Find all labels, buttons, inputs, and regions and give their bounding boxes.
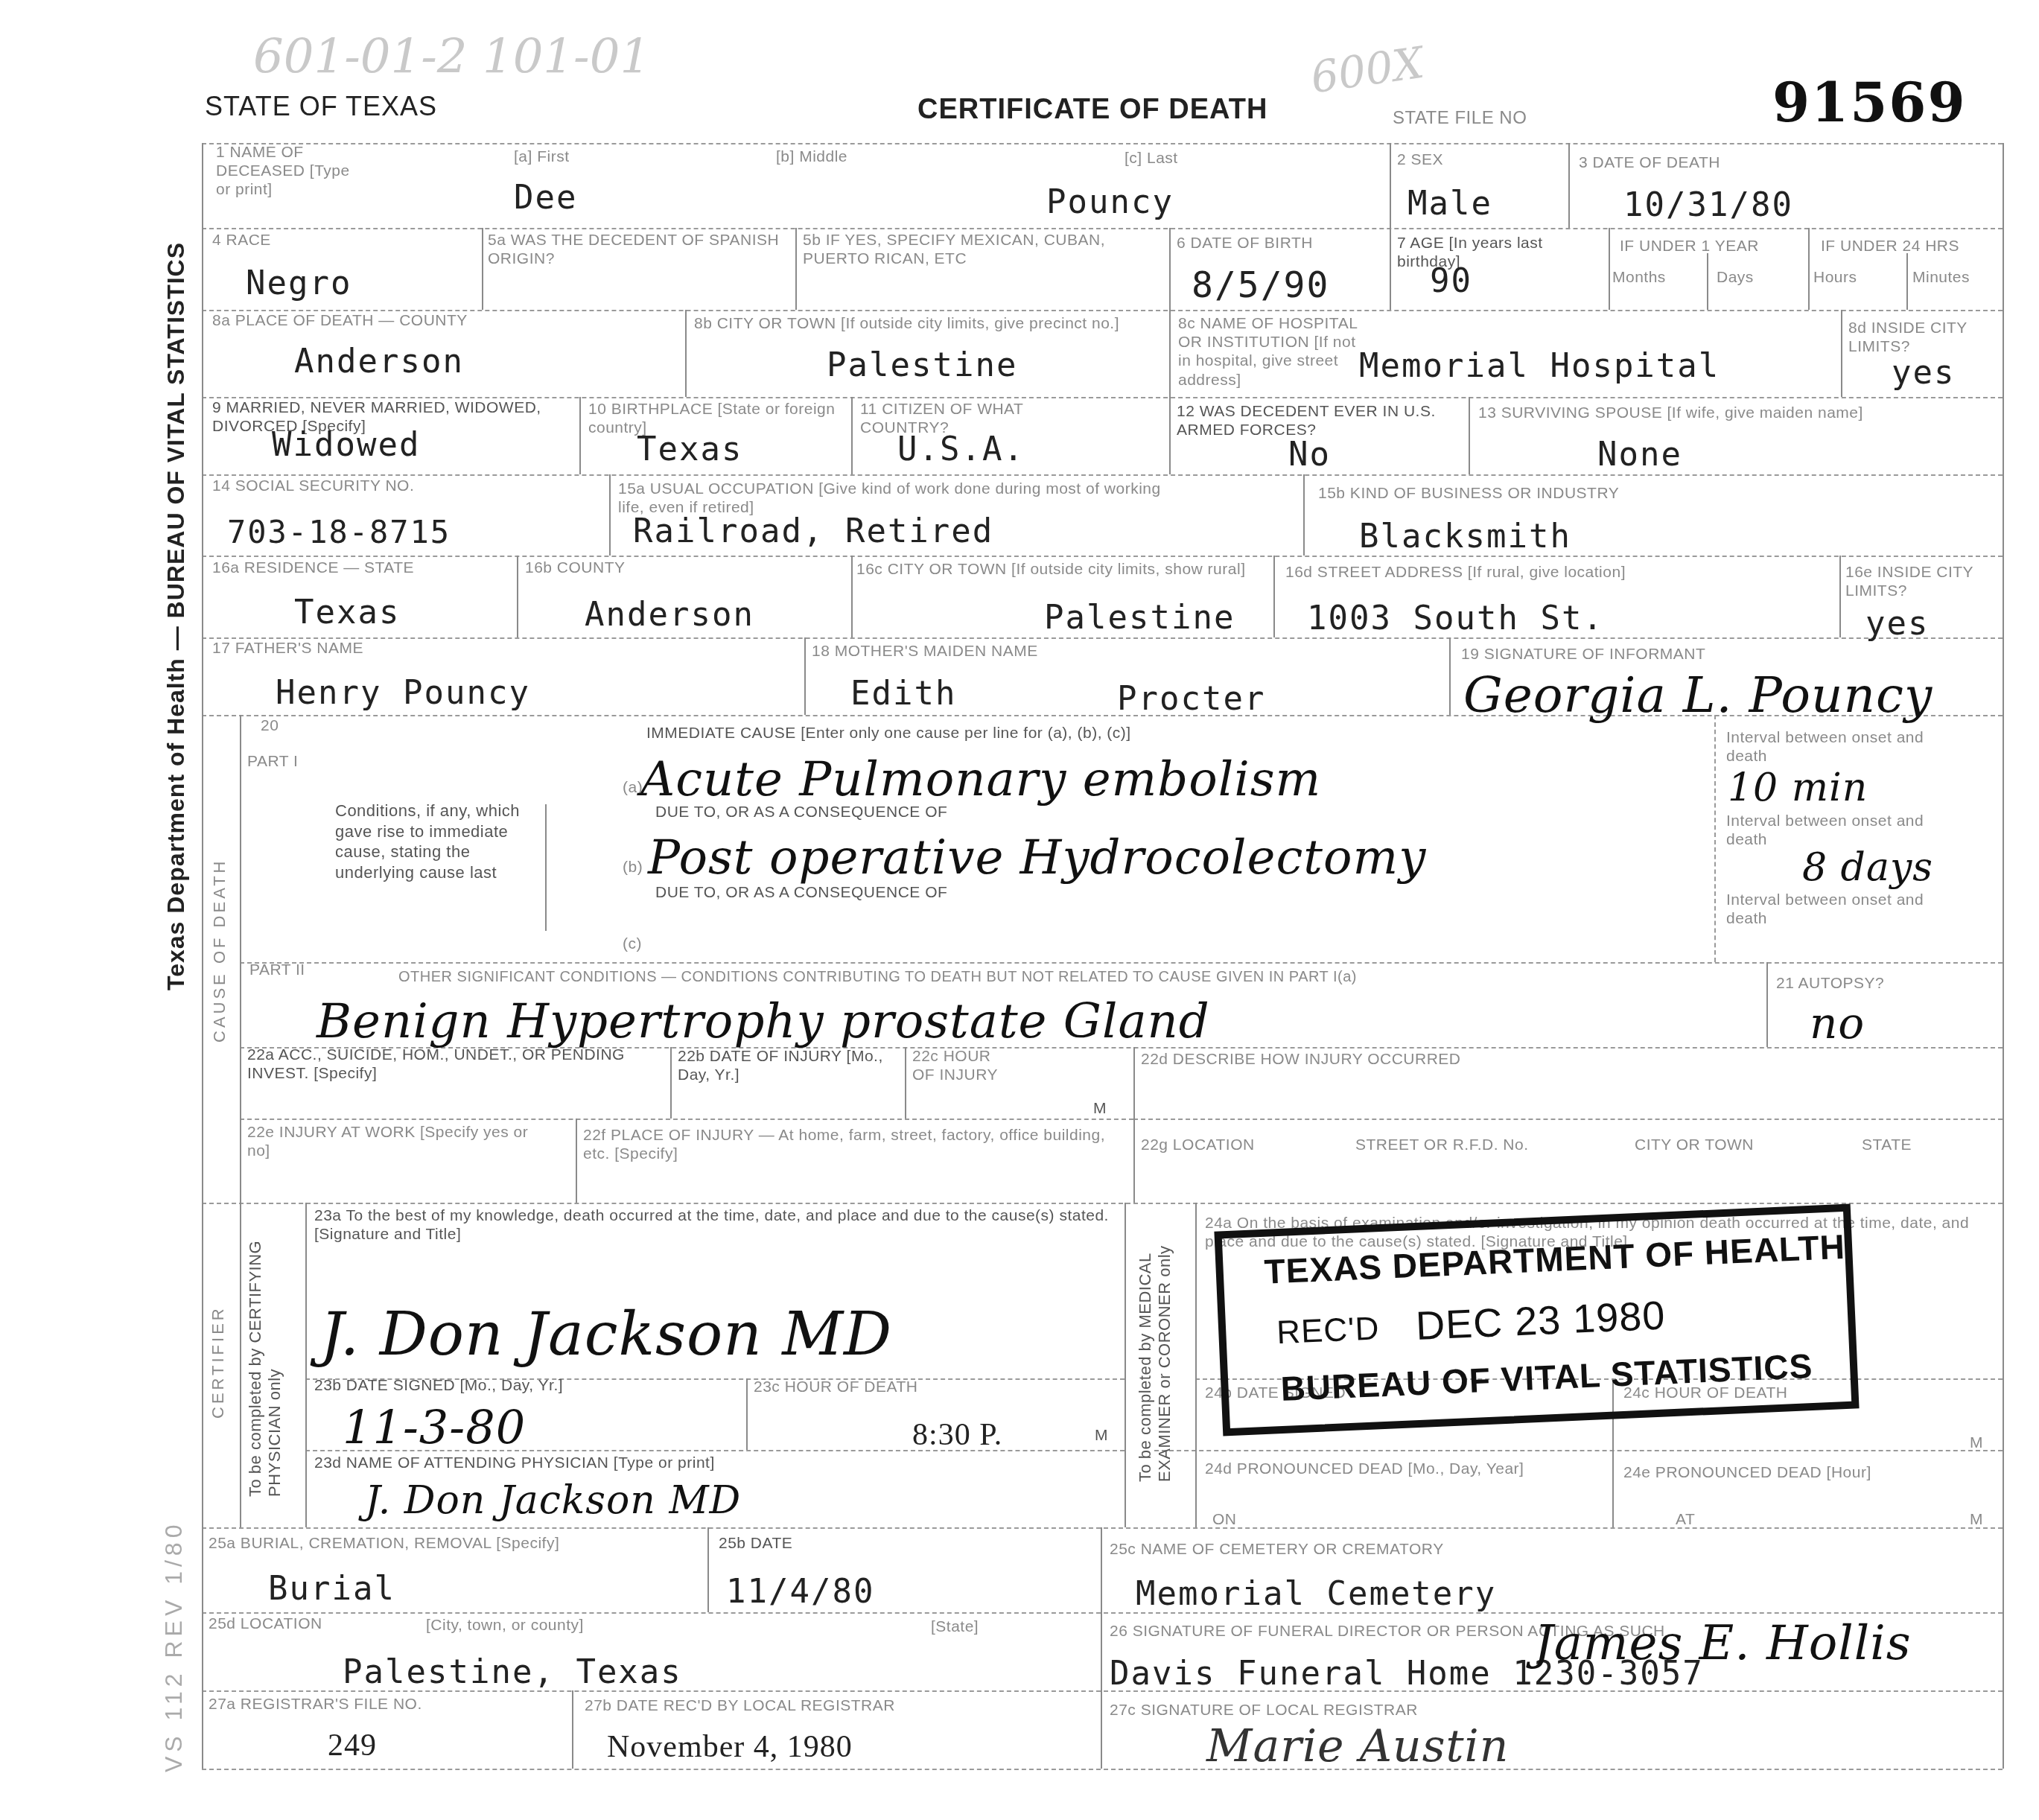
date-signed-label: 23b DATE SIGNED [Mo., Day, Yr.]: [314, 1376, 563, 1395]
residence-state-label: 16a RESIDENCE — STATE: [212, 559, 414, 577]
interval-a: 10 min: [1728, 766, 1868, 810]
interval-label-b: Interval between onset and death: [1726, 812, 1950, 849]
residence-inside-city: yes: [1865, 605, 1929, 643]
form-revision: VS 112 REV 1/80: [159, 1521, 188, 1772]
date-signed: 11-3-80: [343, 1400, 526, 1454]
hours-label: Hours: [1813, 268, 1857, 287]
ssn-label: 14 SOCIAL SECURITY NO.: [212, 477, 414, 495]
date-of-death-label: 3 DATE OF DEATH: [1579, 153, 1720, 172]
street-address-label: 16d STREET ADDRESS [If rural, give locat…: [1285, 563, 1626, 582]
social-security-number: 703-18-8715: [227, 514, 451, 550]
immediate-cause-label: IMMEDIATE CAUSE [Enter only one cause pe…: [646, 724, 1131, 742]
disposition-method-label: 25a BURIAL, CREMATION, REMOVAL [Specify]: [209, 1534, 559, 1553]
under-1-year-label: IF UNDER 1 YEAR: [1620, 237, 1759, 255]
father-name: Henry Pouncy: [276, 674, 530, 712]
hospital-name: Memorial Hospital: [1359, 347, 1720, 385]
burial-location: Palestine, Texas: [343, 1653, 682, 1691]
pronounced-at-label: AT: [1676, 1510, 1695, 1529]
citizenship: U.S.A.: [897, 430, 1025, 468]
death-inside-city: yes: [1892, 354, 1955, 392]
cemetery-name: Memorial Cemetery: [1136, 1575, 1496, 1613]
pronounced-date-label: 24d PRONOUNCED DEAD [Mo., Day, Year]: [1205, 1460, 1577, 1478]
due-to-label-2: DUE TO, OR AS A CONSEQUENCE OF: [655, 883, 947, 902]
autopsy-label: 21 AUTOPSY?: [1776, 974, 1884, 993]
other-conditions-label: OTHER SIGNIFICANT CONDITIONS — CONDITION…: [398, 968, 1357, 986]
location-state-label: [State]: [931, 1617, 979, 1636]
marital-status: Widowed: [272, 426, 420, 464]
first-name: Dee: [514, 179, 577, 217]
injury-street-label: STREET OR R.F.D. No.: [1355, 1136, 1528, 1154]
age-value: 90: [1430, 262, 1472, 300]
certifier-side-label: CERTIFIER: [209, 1305, 228, 1419]
registrar-date-label: 27b DATE REC'D BY LOCAL REGISTRAR: [585, 1696, 895, 1715]
days-label: Days: [1717, 268, 1754, 287]
middle-name-label: [b] Middle: [776, 147, 847, 166]
street-address: 1003 South St.: [1307, 599, 1604, 637]
surviving-spouse: None: [1597, 436, 1682, 474]
injury-state-label: STATE: [1862, 1136, 1912, 1154]
registrar-signature: Marie Austin: [1206, 1720, 1509, 1772]
residence-county: Anderson: [585, 596, 754, 634]
residence-county-label: 16b COUNTY: [525, 559, 626, 577]
item-20-number: 20: [261, 716, 279, 735]
conditions-note: Conditions, if any, which gave rise to i…: [335, 801, 529, 882]
injury-location-label: 22g LOCATION: [1141, 1136, 1255, 1154]
interval-label-c: Interval between onset and death: [1726, 891, 1950, 928]
sex-label: 2 SEX: [1397, 150, 1443, 169]
attending-physician: J. Don Jackson MD: [365, 1478, 741, 1523]
sex-value: Male: [1407, 185, 1492, 223]
cemetery-label: 25c NAME OF CEMETERY OR CREMATORY: [1110, 1540, 1444, 1559]
cause-line-a: Acute Pulmonary embolism: [640, 752, 1321, 807]
death-city: Palestine: [827, 346, 1017, 384]
state-file-no-label: STATE FILE NO: [1393, 108, 1527, 130]
pencil-note-left: 601-01-2 101-01: [253, 30, 650, 85]
industry: Blacksmith: [1359, 518, 1571, 556]
disposition-date: 11/4/80: [726, 1573, 874, 1611]
line-b-letter: (b): [623, 858, 643, 876]
last-name: Pouncy: [1046, 183, 1174, 221]
injury-hour-suffix: M: [1093, 1099, 1107, 1118]
informant-signature-label: 19 SIGNATURE OF INFORMANT: [1461, 645, 1705, 664]
age-label: 7 AGE [In years last birthday]: [1397, 234, 1583, 271]
father-name-label: 17 FATHER'S NAME: [212, 639, 363, 658]
dob-value: 8/5/90: [1192, 264, 1329, 306]
certifier-signature: J. Don Jackson MD: [320, 1299, 892, 1369]
dob-label: 6 DATE OF BIRTH: [1177, 234, 1313, 252]
injury-date-label: 22b DATE OF INJURY [Mo., Day, Yr.]: [678, 1047, 901, 1084]
hospital-label: 8c NAME OF HOSPITAL OR INSTITUTION [If n…: [1178, 314, 1372, 389]
birthplace: Texas: [637, 430, 742, 468]
medical-examiner-side-label: To be completed by MEDICAL EXAMINER or C…: [1136, 1214, 1175, 1482]
autopsy-value: no: [1810, 998, 1865, 1049]
residence-inside-city-label: 16e INSIDE CITY LIMITS?: [1845, 563, 1994, 600]
pronounced-hour-suffix: M: [1970, 1510, 1983, 1529]
usual-occupation: Railroad, Retired: [633, 512, 993, 550]
certificate-title: CERTIFICATE OF DEATH: [917, 94, 1267, 126]
death-inside-city-label: 8d INSIDE CITY LIMITS?: [1848, 319, 1997, 356]
registrar-file-no-label: 27a REGISTRAR'S FILE NO.: [209, 1695, 422, 1714]
stamp-department: TEXAS DEPARTMENT OF HEALTH: [1264, 1226, 1846, 1292]
death-county: Anderson: [294, 343, 464, 381]
part-2-label: PART II: [249, 961, 305, 979]
interval-b: 8 days: [1802, 845, 1933, 890]
interval-label-a: Interval between onset and death: [1726, 728, 1950, 766]
registrar-signature-label: 27c SIGNATURE OF LOCAL REGISTRAR: [1110, 1701, 1418, 1719]
stamp-bureau: BUREAU OF VITAL STATISTICS: [1280, 1346, 1814, 1409]
location-label: 25d LOCATION: [209, 1614, 322, 1633]
race-value: Negro: [246, 264, 352, 302]
hour-of-death-suffix: M: [1095, 1426, 1108, 1445]
pencil-note-right: 600X: [1308, 37, 1427, 103]
hour-of-death: 8:30 P.: [912, 1417, 1002, 1453]
race-label: 4 RACE: [212, 231, 271, 249]
describe-injury-label: 22d DESCRIBE HOW INJURY OCCURRED: [1141, 1050, 1460, 1069]
armed-forces: No: [1288, 436, 1331, 474]
name-label: 1 NAME OF DECEASED [Type or print]: [216, 143, 350, 200]
line-c-letter: (c): [623, 935, 642, 953]
disposition-method: Burial: [268, 1570, 395, 1608]
other-conditions: Benign Hypertrophy prostate Gland: [316, 994, 1210, 1049]
occupation-label: 15a USUAL OCCUPATION [Give kind of work …: [618, 480, 1184, 517]
stamp-date: DEC 23 1980: [1415, 1292, 1667, 1349]
minutes-label: Minutes: [1912, 268, 1970, 287]
attending-physician-label: 23d NAME OF ATTENDING PHYSICIAN [Type or…: [314, 1454, 715, 1472]
spouse-label: 13 SURVIVING SPOUSE [If wife, give maide…: [1478, 404, 1863, 422]
certification-statement-label: 23a To the best of my knowledge, death o…: [314, 1206, 1111, 1244]
hour-of-death-label: 23c HOUR OF DEATH: [754, 1378, 917, 1396]
mother-name-label: 18 MOTHER'S MAIDEN NAME: [812, 642, 1038, 661]
spanish-origin-label: 5a WAS THE DECEDENT OF SPANISH ORIGIN?: [488, 231, 786, 268]
pronounced-hour-label: 24e PRONOUNCED DEAD [Hour]: [1623, 1463, 1871, 1482]
part-1-label: PART I: [247, 752, 298, 771]
death-county-label: 8a PLACE OF DEATH — COUNTY: [212, 311, 468, 330]
death-city-label: 8b CITY OR TOWN [If outside city limits,…: [694, 314, 1126, 333]
armed-forces-label: 12 WAS DECEDENT EVER IN U.S. ARMED FORCE…: [1177, 402, 1460, 439]
first-name-label: [a] First: [514, 147, 570, 166]
last-name-label: [c] Last: [1125, 149, 1178, 168]
cause-of-death-side-label: CAUSE OF DEATH: [210, 858, 229, 1043]
date-of-death: 10/31/80: [1623, 186, 1793, 224]
state-file-no: 91569: [1772, 71, 1967, 134]
mother-first-name: Edith: [850, 675, 956, 713]
registrar-file-no: 249: [328, 1728, 377, 1763]
months-label: Months: [1612, 268, 1666, 287]
state-title: STATE OF TEXAS: [205, 91, 437, 122]
due-to-label-1: DUE TO, OR AS A CONSEQUENCE OF: [655, 803, 947, 821]
me-hour-suffix: M: [1970, 1434, 1983, 1452]
location-city-label: [City, town, or county]: [426, 1616, 584, 1635]
cause-line-b: Post operative Hydrocolectomy: [648, 830, 1426, 885]
disposition-date-label: 25b DATE: [719, 1534, 792, 1553]
received-stamp: TEXAS DEPARTMENT OF HEALTH REC'D DEC 23 …: [1214, 1203, 1859, 1436]
under-24-hrs-label: IF UNDER 24 HRS: [1821, 237, 1959, 255]
manner-label: 22a ACC., SUICIDE, HOM., UNDET., OR PEND…: [247, 1046, 634, 1083]
mother-last-name: Procter: [1117, 680, 1265, 718]
funeral-director-signature: James E. Hollis: [1534, 1616, 1912, 1671]
informant-signature: Georgia L. Pouncy: [1463, 666, 1933, 724]
residence-city-label: 16c CITY OR TOWN [If outside city limits…: [856, 560, 1259, 579]
injury-place-label: 22f PLACE OF INJURY — At home, farm, str…: [583, 1126, 1127, 1163]
injury-town-label: CITY OR TOWN: [1635, 1136, 1754, 1154]
industry-label: 15b KIND OF BUSINESS OR INDUSTRY: [1318, 484, 1619, 503]
stamp-recd-label: REC'D: [1276, 1310, 1380, 1352]
injury-at-work-label: 22e INJURY AT WORK [Specify yes or no]: [247, 1123, 545, 1160]
side-title: Texas Department of Health — BUREAU OF V…: [162, 242, 190, 990]
spanish-specify-label: 5b IF YES, SPECIFY MEXICAN, CUBAN, PUERT…: [803, 231, 1130, 268]
physician-only-side-label: To be completed by CERTIFYING PHYSICIAN …: [246, 1214, 285, 1497]
registrar-date-received: November 4, 1980: [607, 1729, 853, 1765]
residence-state: Texas: [294, 594, 400, 631]
residence-city: Palestine: [1044, 599, 1235, 637]
injury-hour-label: 22c HOUR OF INJURY: [912, 1047, 1017, 1084]
pronounced-on-label: ON: [1212, 1510, 1237, 1529]
